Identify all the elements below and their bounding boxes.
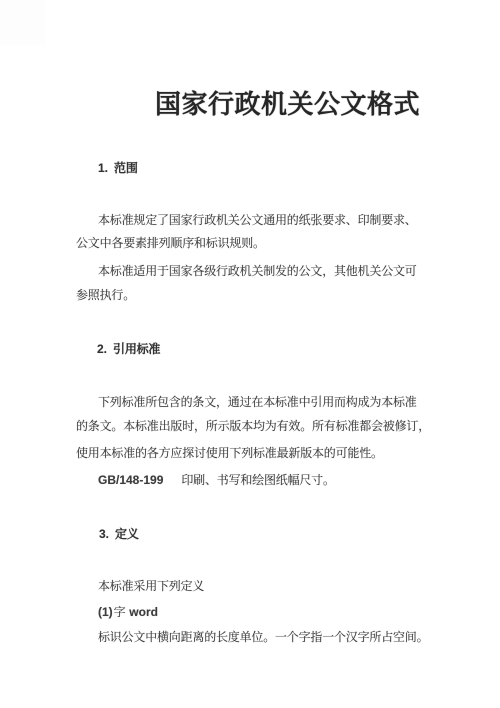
reference-line: GB/148-199印刷、书写和绘图纸幅尺寸。	[98, 474, 335, 487]
section-3-number: 3.	[99, 527, 109, 541]
definition-1-term: 字	[114, 605, 126, 619]
scan-corner-shade	[0, 0, 45, 45]
section-3-heading: 3.定义	[99, 528, 139, 541]
section-2-title: 引用标准	[113, 342, 160, 356]
definition-1-prefix: (1)	[98, 605, 113, 619]
para-3-line-3: 使用本标准的各方应探讨使用下列标准最新版本的可能性。	[76, 447, 383, 460]
para-2-line-1: 本标准适用于国家各级行政机关制发的公文，其他机关公文可	[98, 265, 417, 278]
para-3-line-2: 的条文。本标准出版时，所示版本均为有效。所有标准都会被修订，	[76, 420, 430, 433]
section-2-heading: 2.引用标准	[97, 343, 160, 356]
para-3-line-1: 下列标准所包含的条文，通过在本标准中引用而构成为本标准	[98, 396, 417, 409]
para-5-line: 标识公文中横向距离的长度单位。一个字指一个汉字所占空间。	[98, 631, 428, 644]
definition-1-latin: word	[129, 605, 158, 619]
page-title: 国家行政机关公文格式	[155, 91, 420, 119]
section-2-number: 2.	[97, 342, 107, 356]
section-1-heading: 1.范围	[98, 162, 138, 175]
para-2-line-2: 参照执行。	[76, 289, 135, 302]
section-3-title: 定义	[115, 527, 139, 541]
reference-code: GB/148-199	[98, 473, 163, 487]
para-1-line-1: 本标准规定了国家行政机关公文通用的纸张要求、印制要求、	[98, 214, 417, 227]
para-4-line: 本标准采用下列定义	[98, 580, 204, 593]
definition-1-line: (1)字 word	[98, 606, 158, 619]
reference-text: 印刷、书写和绘图纸幅尺寸。	[181, 473, 334, 487]
section-1-number: 1.	[98, 161, 108, 175]
document-page: 国家行政机关公文格式 1.范围 本标准规定了国家行政机关公文通用的纸张要求、印制…	[0, 0, 500, 708]
section-1-title: 范围	[114, 161, 138, 175]
para-1-line-2: 公文中各要素排列顺序和标识规则。	[76, 237, 265, 250]
